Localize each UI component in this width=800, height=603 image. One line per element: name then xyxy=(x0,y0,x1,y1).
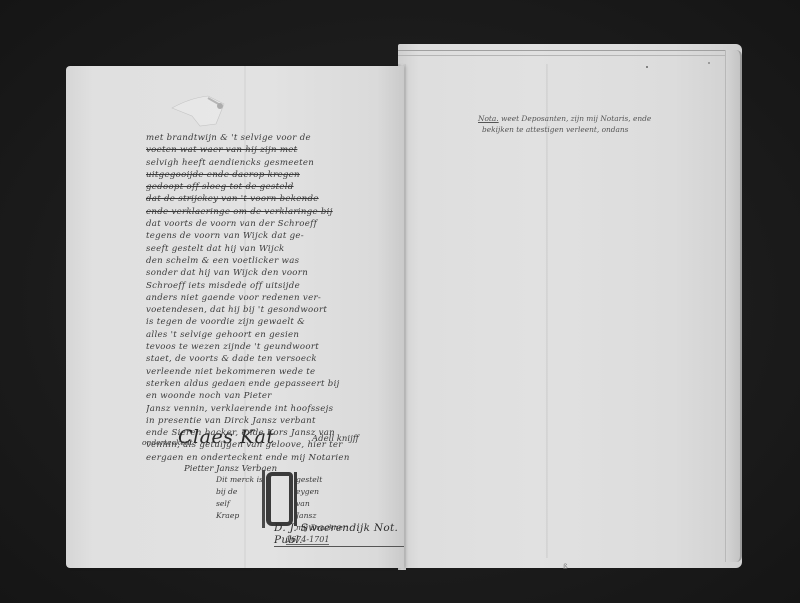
paper-repair-patch-icon xyxy=(170,94,230,128)
text-line: is tegen de voordie zijn gewaelt & xyxy=(146,316,396,328)
text-line: seeft gestelt dat hij van Wijck xyxy=(146,243,396,255)
text-line: sterken aldus gedaen ende gepasseert bij xyxy=(146,378,396,390)
folio-mark: ß xyxy=(563,563,568,571)
text-line: en woonde noch van Pieter xyxy=(146,390,396,402)
signature-right: Adell knijff xyxy=(312,434,359,444)
deed-body-text: met brandtwijn & 't selvige voor de voet… xyxy=(146,132,396,464)
text-line: verleende niet bekommeren wede te xyxy=(146,366,396,378)
annotation-line-1: weet Deposanten, zijn mij Notaris, ende xyxy=(501,114,651,123)
nota-label: Nota. xyxy=(478,114,499,123)
text-line: alles 't selvige gehoort en gesien xyxy=(146,329,396,341)
right-page: Nota. weet Deposanten, zijn mij Notaris,… xyxy=(398,44,742,568)
text-line: eergaen en onderteckent ende mij Notarie… xyxy=(146,452,396,464)
text-line: tevoos te wezen zijnde 't geundwoort xyxy=(146,341,396,353)
text-line: met brandtwijn & 't selvige voor de xyxy=(146,132,396,144)
struck-text-line: ende verklaeringe om de verklaringe bij xyxy=(146,206,396,218)
text-line: dat voorts de voorn van der Schroeff xyxy=(146,218,396,230)
right-page-fold-crease xyxy=(546,64,548,558)
struck-text-line: uitgegooijde ende daerop kregen xyxy=(146,169,396,181)
marginal-annotation: Nota. weet Deposanten, zijn mij Notaris,… xyxy=(478,114,718,135)
right-page-top-edge xyxy=(398,50,732,56)
text-line: Jansz vennin, verklaerende int hoofssejs xyxy=(146,403,396,415)
text-line: staet, de voorts & dade ten versoeck xyxy=(146,353,396,365)
paper-speck xyxy=(708,62,710,64)
text-line: sonder dat hij van Wijck den voorn xyxy=(146,267,396,279)
text-line: voetendesen, dat hij bij 't gesondwoort xyxy=(146,304,396,316)
text-line: selvigh heeft aendiencks gesmeeten xyxy=(146,157,396,169)
struck-text-line: dat de strijckey van 't voorn bekende xyxy=(146,193,396,205)
struck-text-line: voeten wat waer van hij zijn met xyxy=(146,144,396,156)
paper-speck xyxy=(646,66,648,68)
signature-claes-kat: Claes Kat xyxy=(178,426,275,448)
right-page-outer-edge xyxy=(725,50,742,562)
left-page: met brandtwijn & 't selvige voor de voet… xyxy=(66,66,404,568)
text-line: den schelm & een voetlicker was xyxy=(146,255,396,267)
notary-date: 1674-1701 xyxy=(286,535,329,545)
text-line: tegens de voorn van Wijck dat ge- xyxy=(146,230,396,242)
text-line: anders niet gaende voor redenen ver- xyxy=(146,292,396,304)
house-mark-icon xyxy=(266,472,293,526)
text-line: Schroeff iets misdede off uitsijde xyxy=(146,280,396,292)
mark-text-left: Dit merck is bij de self Kraep xyxy=(216,474,263,522)
struck-text-line: gedoopt off sloeg tot de gesteld xyxy=(146,181,396,193)
annotation-line-2: bekijken te attestigen verleent, ondans xyxy=(482,125,628,134)
